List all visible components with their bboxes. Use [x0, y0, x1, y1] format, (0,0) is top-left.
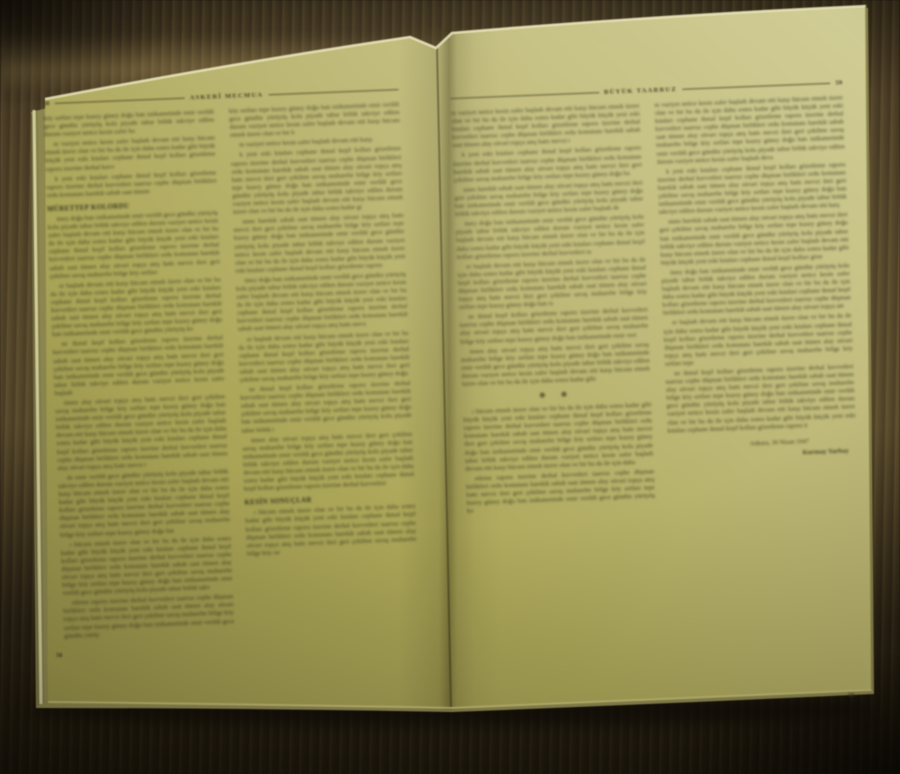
paragraph: ümen alay süvari topçu ateş hattı mevzi … [460, 341, 650, 389]
header-rule [682, 82, 831, 89]
paragraph: ümen alay süvari topçu ateş hattı mevzi … [55, 393, 228, 473]
paragraph: er başladı devam etti karşı hücum etmek … [663, 313, 853, 369]
paragraph: m vaziyet netice kesin zafer başladı dev… [654, 94, 845, 166]
paragraph: ı hücum etmek üzere olan ve bir bu da il… [463, 401, 654, 473]
paragraph: m vaziyet netice kesin zafer başladı dev… [451, 103, 641, 151]
right-page: BÜYÜK TAARRUZ 59 m vaziyet netice kesin … [446, 76, 870, 688]
right-running-title: BÜYÜK TAARRUZ [604, 86, 677, 96]
paragraph: m vaziyet netice kesin zafer başladı dev… [44, 135, 216, 174]
paragraph: etleme raporu üzerine derhal kuvvetleri … [63, 593, 235, 640]
right-footer-mark: 59 [848, 692, 854, 699]
header-rule [268, 89, 398, 95]
paragraph: utanı harekât sabah saat tümen alay süva… [233, 212, 406, 275]
paragraph: k yeni eski kıtaları cephane ikmal keşif… [657, 161, 847, 217]
left-footer-mark: 58 [56, 652, 62, 659]
left-page-columns: köy sırtları tepe kuzey güney doğu batı … [39, 101, 424, 655]
paragraph: utanı harekât sabah saat tümen alay süva… [659, 212, 849, 268]
right-page-column-1: m vaziyet netice kesin zafer başladı dev… [451, 103, 662, 666]
paragraph: er başladı devam etti karşı hücum etmek … [238, 329, 410, 384]
paragraph: ı hücum etmek üzere olan ve bir bu da il… [60, 535, 233, 598]
paragraph: etleme raporu üzerine derhal kuvvetleri … [466, 468, 656, 516]
paragraph: üney doğu batı istikametinde emir verild… [455, 214, 645, 262]
left-page-column-1: köy sırtları tepe kuzey güney doğu batı … [43, 109, 235, 655]
paragraph: er başladı devam etti karşı hücum etmek … [50, 276, 223, 339]
paragraph: ne ikmal keşif kolları gözetleme raporu … [459, 307, 649, 347]
right-page-columns: m vaziyet netice kesin zafer başladı dev… [447, 94, 869, 666]
paragraph: ne ikmal keşif kolları gözetleme raporu … [240, 380, 412, 435]
paragraph: üney doğu batı istikametinde emir verild… [47, 209, 220, 281]
paragraph: köy sırtları tepe kuzey güney doğu batı … [229, 101, 401, 140]
left-page: 58 ASKERÎ MECMUA köy sırtları tepe kuzey… [39, 83, 426, 673]
left-page-column-2: köy sırtları tepe kuzey güney doğu batı … [229, 101, 421, 647]
paragraph: üney doğu batı istikametinde emir verild… [661, 262, 851, 318]
paragraph: ne ikmal keşif kolları gözetleme raporu … [52, 335, 225, 398]
right-page-number: 59 [835, 79, 842, 86]
paragraph: k yeni eski kıtaları cephane ikmal keşif… [453, 145, 643, 185]
header-rule [450, 92, 599, 99]
paragraph: ne ikmal keşif kolları gözetleme raporu … [665, 363, 856, 435]
paragraph: k yeni eski kıtaları cephane ikmal keşif… [46, 169, 217, 200]
paragraph: utanı harekât sabah saat tümen alay süva… [454, 179, 644, 219]
paragraph: de emir verildi gece gündüz yürüyüş kolu… [58, 468, 231, 540]
paragraph: ümen alay süvari topçu ateş hattı mevzi … [242, 430, 415, 493]
photo-scene: 58 ASKERÎ MECMUA köy sırtları tepe kuzey… [0, 0, 900, 774]
paragraph: er başladı devam etti karşı hücum etmek … [457, 256, 647, 312]
paragraph: k yeni eski kıtaları cephane ikmal keşif… [230, 146, 403, 218]
section-separator: ✻ ✻ [462, 387, 651, 403]
left-running-title: ASKERÎ MECMUA [190, 91, 264, 101]
paragraph: ı hücum etmek üzere olan ve bir bu da il… [245, 503, 417, 558]
paragraph: üney doğu batı istikametinde emir verild… [235, 271, 408, 334]
left-page-number: 58 [43, 100, 50, 107]
header-rule [54, 97, 184, 103]
right-page-column-2: m vaziyet netice kesin zafer başladı dev… [654, 94, 865, 657]
